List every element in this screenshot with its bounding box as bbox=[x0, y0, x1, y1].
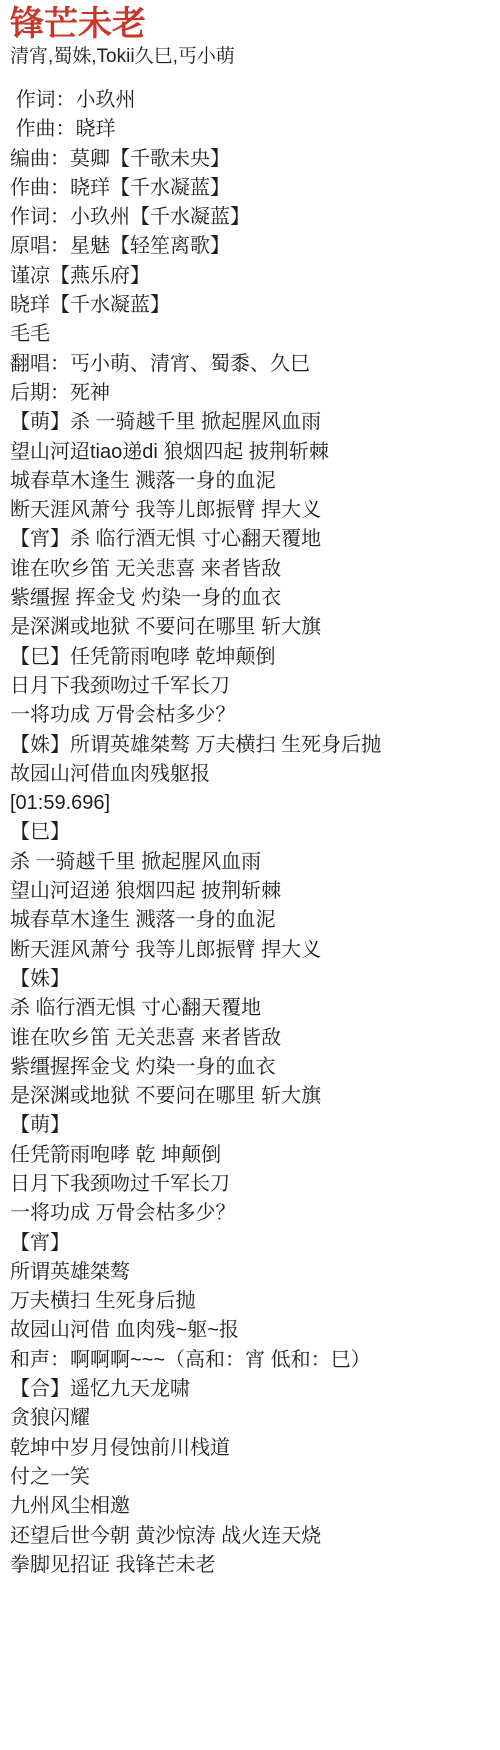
lyric-line: 【合】遥忆九天龙啸 bbox=[10, 1375, 492, 1404]
lyric-line: 作曲：晓珜【千水凝蓝】 bbox=[10, 174, 492, 203]
lyric-line: 作词：小玖州 bbox=[10, 86, 492, 115]
lyric-line: 万夫横扫 生死身后抛 bbox=[10, 1287, 492, 1316]
lyrics-list: 作词：小玖州 作曲：晓珜编曲：莫卿【千歌未央】作曲：晓珜【千水凝蓝】作词：小玖州… bbox=[10, 86, 492, 1580]
lyric-line: 望山河迢递 狼烟四起 披荆斩棘 bbox=[10, 877, 492, 906]
lyric-line: 毛毛 bbox=[10, 320, 492, 349]
lyric-line: 【巳】 bbox=[10, 818, 492, 847]
lyric-line: 谨凉【燕乐府】 bbox=[10, 262, 492, 291]
lyric-line: 故园山河借 血肉残~躯~报 bbox=[10, 1316, 492, 1345]
artist-names: 清宵,蜀姝,Tokii久巳,丐小萌 bbox=[10, 44, 492, 69]
lyric-line: 【萌】杀 一骑越千里 掀起腥风血雨 bbox=[10, 408, 492, 437]
lyric-line: 故园山河借血肉残躯报 bbox=[10, 760, 492, 789]
lyric-line: 【巳】任凭箭雨咆哮 乾坤颠倒 bbox=[10, 643, 492, 672]
lyric-line: 作曲：晓珜 bbox=[10, 115, 492, 144]
lyric-line: 和声：啊啊啊~~~（高和：宵 低和：巳） bbox=[10, 1346, 492, 1375]
lyric-line: 拳脚见招证 我锋芒未老 bbox=[10, 1551, 492, 1580]
lyric-line: 原唱：星魅【轻笙离歌】 bbox=[10, 232, 492, 261]
lyric-line: 杀 临行酒无惧 寸心翻天覆地 bbox=[10, 994, 492, 1023]
lyric-line: 断天涯风萧兮 我等儿郎振臂 捍大义 bbox=[10, 936, 492, 965]
lyrics-page: 锋芒未老 清宵,蜀姝,Tokii久巳,丐小萌 作词：小玖州 作曲：晓珜编曲：莫卿… bbox=[0, 0, 500, 1580]
lyric-line: 贪狼闪耀 bbox=[10, 1404, 492, 1433]
lyric-line: 杀 一骑越千里 掀起腥风血雨 bbox=[10, 848, 492, 877]
lyric-line: 编曲：莫卿【千歌未央】 bbox=[10, 145, 492, 174]
lyric-line: 紫缰握挥金戈 灼染一身的血衣 bbox=[10, 1053, 492, 1082]
lyric-line: 是深渊或地狱 不要问在哪里 斩大旗 bbox=[10, 613, 492, 642]
lyric-line: 谁在吹乡笛 无关悲喜 来者皆敌 bbox=[10, 555, 492, 584]
lyric-line: 【萌】 bbox=[10, 1111, 492, 1140]
lyric-line: 紫缰握 挥金戈 灼染一身的血衣 bbox=[10, 584, 492, 613]
lyric-line: [01:59.696] bbox=[10, 789, 492, 818]
lyric-line: 所谓英雄桀骜 bbox=[10, 1258, 492, 1287]
lyric-line: 九州风尘相邀 bbox=[10, 1492, 492, 1521]
lyric-line: 断天涯风萧兮 我等儿郎振臂 捍大义 bbox=[10, 496, 492, 525]
lyric-line: 任凭箭雨咆哮 乾 坤颠倒 bbox=[10, 1141, 492, 1170]
lyric-line: 【宵】 bbox=[10, 1229, 492, 1258]
lyric-line: 日月下我颈吻过千军长刀 bbox=[10, 672, 492, 701]
lyric-line: 城春草木逢生 溅落一身的血泥 bbox=[10, 906, 492, 935]
lyric-line: 后期：死神 bbox=[10, 379, 492, 408]
lyric-line: 【姝】所谓英雄桀骜 万夫横扫 生死身后抛 bbox=[10, 731, 492, 760]
lyric-line: 是深渊或地狱 不要问在哪里 斩大旗 bbox=[10, 1082, 492, 1111]
song-title: 锋芒未老 bbox=[10, 5, 492, 43]
lyric-line: 望山河迢tiao递di 狼烟四起 披荆斩棘 bbox=[10, 438, 492, 467]
lyric-line: 【姝】 bbox=[10, 965, 492, 994]
lyric-line: 一将功成 万骨会枯多少？ bbox=[10, 1199, 492, 1228]
lyric-line: 晓珜【千水凝蓝】 bbox=[10, 291, 492, 320]
lyric-line: 谁在吹乡笛 无关悲喜 来者皆敌 bbox=[10, 1024, 492, 1053]
lyric-line: 日月下我颈吻过千军长刀 bbox=[10, 1170, 492, 1199]
lyric-line: 翻唱：丐小萌、清宵、蜀黍、久巳 bbox=[10, 350, 492, 379]
lyric-line: 一将功成 万骨会枯多少？ bbox=[10, 701, 492, 730]
lyric-line: 还望后世今朝 黄沙惊涛 战火连天烧 bbox=[10, 1522, 492, 1551]
lyric-line: 【宵】杀 临行酒无惧 寸心翻天覆地 bbox=[10, 525, 492, 554]
lyric-line: 城春草木逢生 溅落一身的血泥 bbox=[10, 467, 492, 496]
lyric-line: 付之一笑 bbox=[10, 1463, 492, 1492]
lyric-line: 作词：小玖州【千水凝蓝】 bbox=[10, 203, 492, 232]
lyric-line: 乾坤中岁月侵蚀前川栈道 bbox=[10, 1434, 492, 1463]
